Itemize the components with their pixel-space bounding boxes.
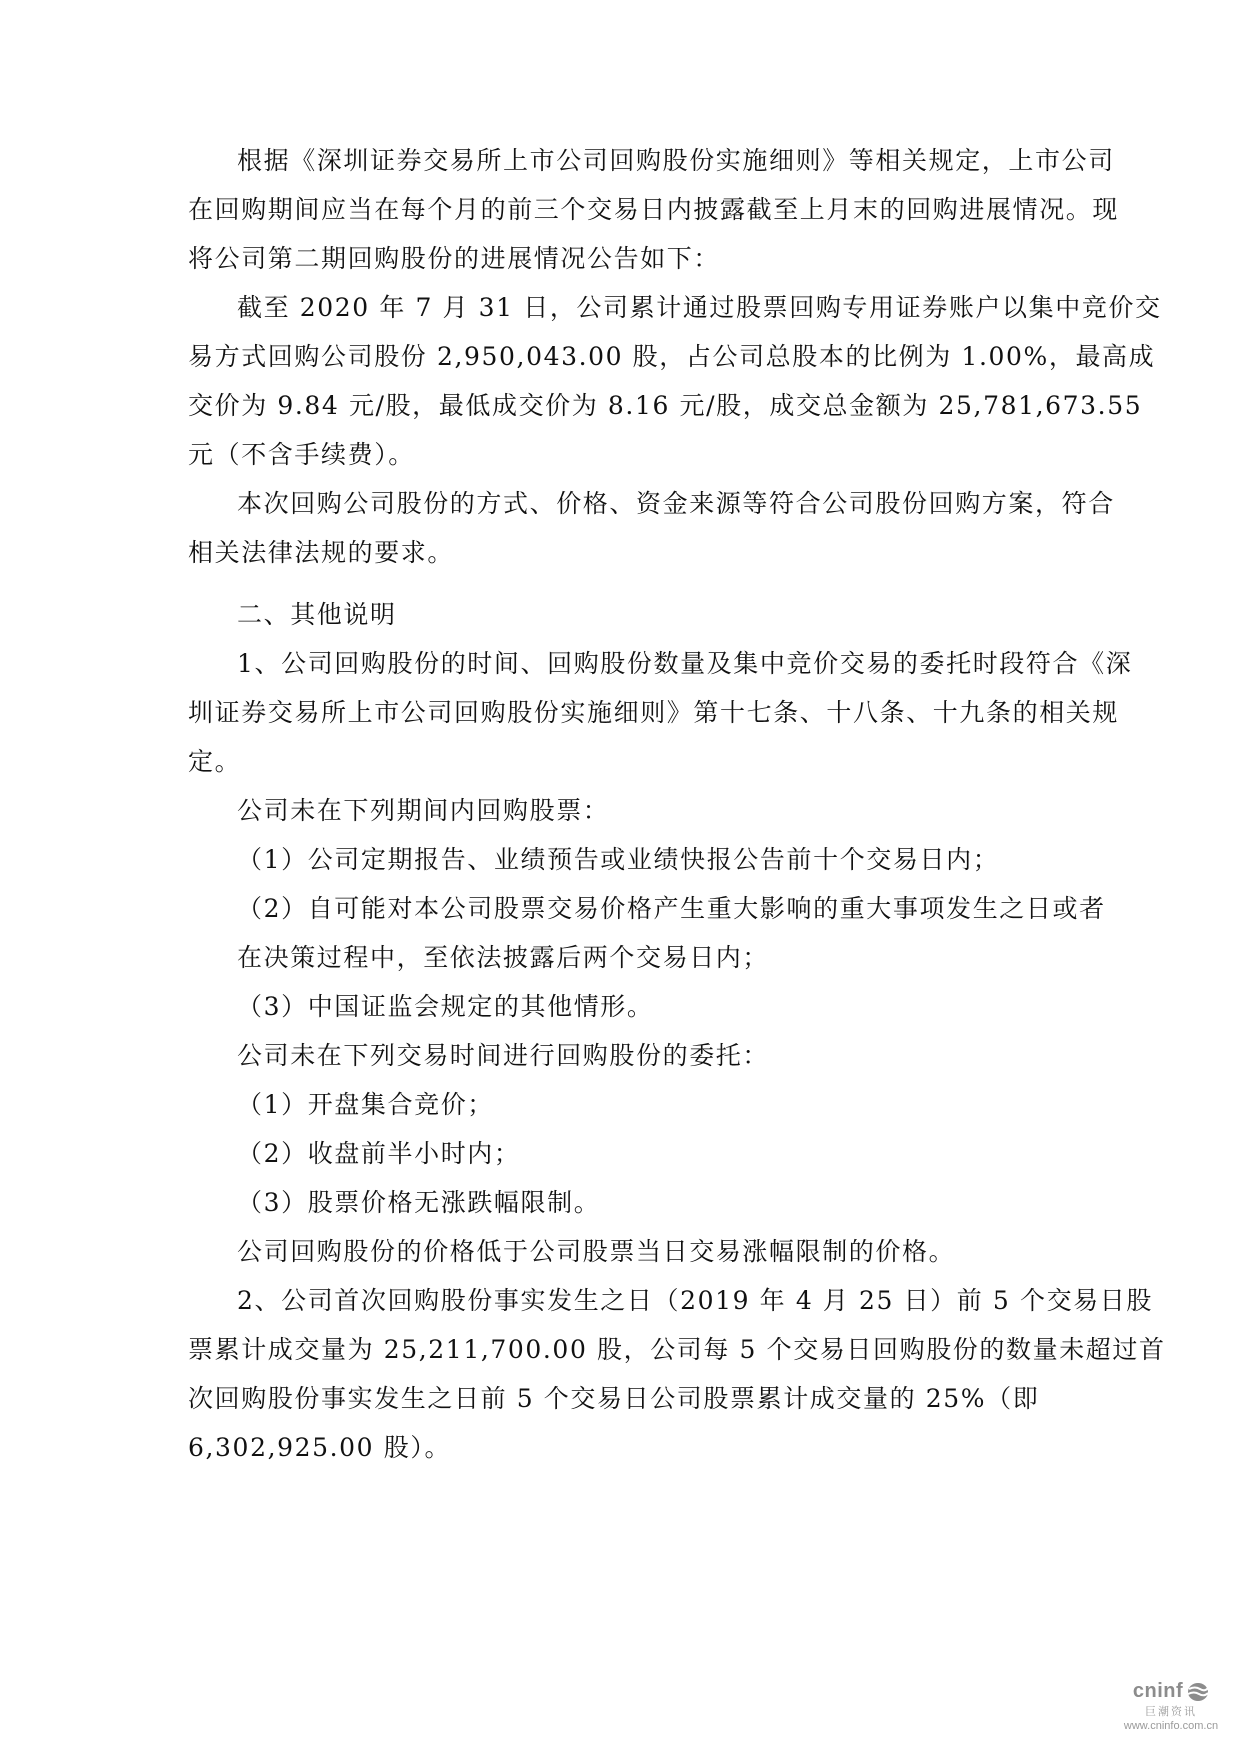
list-item-5-2-line-1: （2）自可能对本公司股票交易价格产生重大影响的重大事项发生之日或者 [237, 894, 1106, 924]
list-item-5-2-line-2: 在决策过程中，至依法披露后两个交易日内； [237, 943, 769, 973]
paragraph-8-line-4: 6,302,925.00 股）。 [188, 1433, 451, 1463]
list-item-6-1: （1）开盘集合竞价； [237, 1090, 494, 1120]
paragraph-2-line-1: 截至 2020 年 7 月 31 日，公司累计通过股票回购专用证券账户以集中竞价… [237, 293, 1162, 323]
paragraph-1-line-1: 根据《深圳证券交易所上市公司回购股份实施细则》等相关规定，上市公司 [237, 146, 1115, 176]
paragraph-1-line-3: 将公司第二期回购股份的进展情况公告如下： [188, 244, 720, 274]
paragraph-4-line-2: 圳证券交易所上市公司回购股份实施细则》第十七条、十八条、十九条的相关规 [188, 698, 1119, 728]
paragraph-2-line-2: 易方式回购公司股份 2,950,043.00 股，占公司总股本的比例为 1.00… [188, 342, 1155, 372]
paragraph-3-line-1: 本次回购公司股份的方式、价格、资金来源等符合公司股份回购方案，符合 [237, 489, 1115, 519]
paragraph-7: 公司回购股份的价格低于公司股票当日交易涨幅限制的价格。 [237, 1237, 955, 1267]
section-heading-other-notes: 二、其他说明 [237, 600, 397, 630]
list-item-5-1: （1）公司定期报告、业绩预告或业绩快报公告前十个交易日内； [237, 845, 999, 875]
cninf-logo-icon [1187, 1682, 1209, 1702]
list-item-5-3: （3）中国证监会规定的其他情形。 [237, 992, 654, 1022]
cninf-watermark: cninf 巨潮资讯 www.cninfo.com.cn [1116, 1680, 1226, 1732]
paragraph-1-line-2: 在回购期间应当在每个月的前三个交易日内披露截至上月末的回购进展情况。现 [188, 195, 1119, 225]
paragraph-6: 公司未在下列交易时间进行回购股份的委托： [237, 1041, 769, 1071]
paragraph-8-line-1: 2、公司首次回购股份事实发生之日（2019 年 4 月 25 日）前 5 个交易… [237, 1286, 1153, 1316]
paragraph-4-line-1: 1、公司回购股份的时间、回购股份数量及集中竞价交易的委托时段符合《深 [237, 649, 1132, 679]
brand-name: cninf [1133, 1680, 1183, 1703]
list-item-6-3: （3）股票价格无涨跌幅限制。 [237, 1188, 600, 1218]
paragraph-2-line-4: 元（不含手续费）。 [188, 440, 415, 470]
brand-name-cn: 巨潮资讯 [1116, 1703, 1226, 1719]
brand-url: www.cninfo.com.cn [1116, 1720, 1226, 1732]
paragraph-8-line-2: 票累计成交量为 25,211,700.00 股，公司每 5 个交易日回购股份的数… [188, 1335, 1166, 1365]
paragraph-2-line-3: 交价为 9.84 元/股，最低成交价为 8.16 元/股，成交总金额为 25,7… [188, 391, 1142, 421]
paragraph-3-line-2: 相关法律法规的要求。 [188, 538, 454, 568]
paragraph-8-line-3: 次回购股份事实发生之日前 5 个交易日公司股票累计成交量的 25%（即 [188, 1384, 1039, 1414]
list-item-6-2: （2）收盘前半小时内； [237, 1139, 521, 1169]
paragraph-5: 公司未在下列期间内回购股票： [237, 796, 609, 826]
paragraph-4-line-3: 定。 [188, 747, 241, 777]
